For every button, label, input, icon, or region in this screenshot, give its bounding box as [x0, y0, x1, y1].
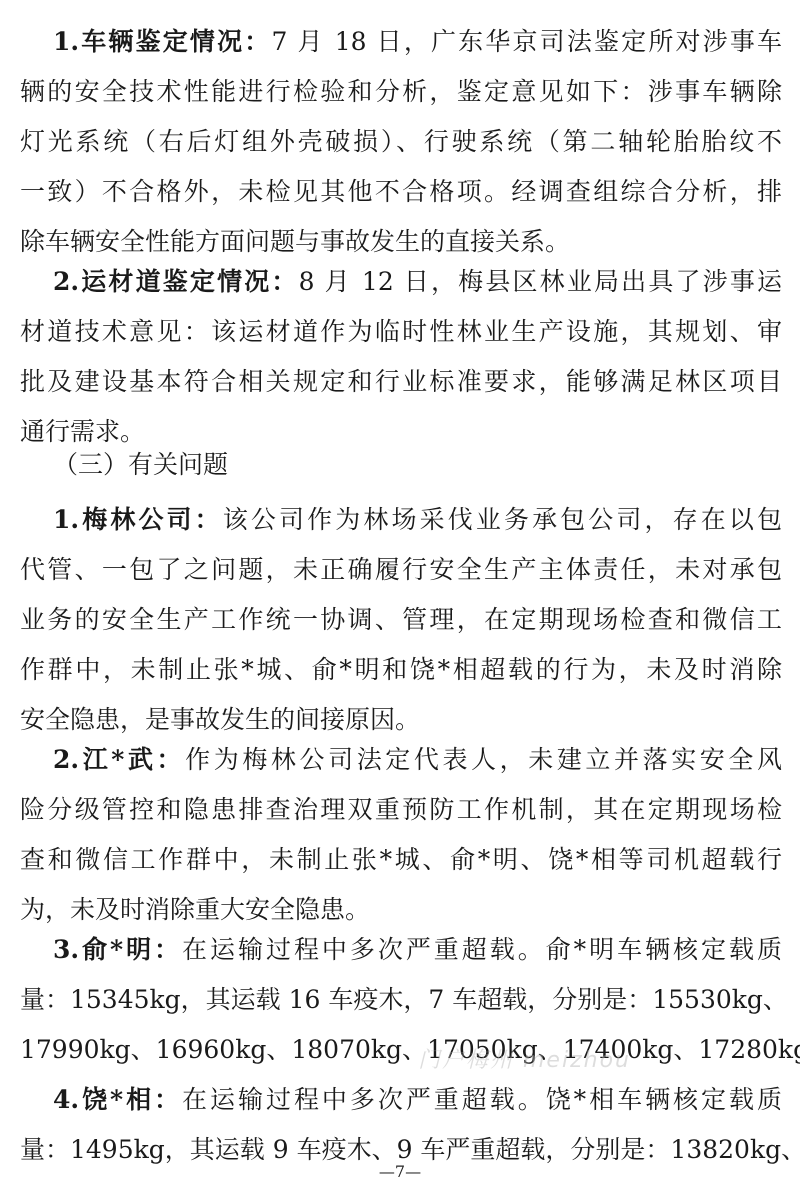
text-line: 1.梅林公司：该公司作为林场采伐业务承包公司，存在以包 — [53, 503, 782, 537]
item-heading: 1.梅林公司： — [53, 505, 223, 534]
text-line: 除车辆安全性能方面问题与事故发生的直接关系。 — [20, 225, 782, 259]
line-text: 业务的安全生产工作统一协调、管理，在定期现场检查和微信工 — [20, 605, 782, 634]
text-line: 批及建设基本符合相关规定和行业标准要求，能够满足林区项目 — [20, 365, 782, 399]
text-line: 一致）不合格外，未检见其他不合格项。经调查组综合分析，排 — [20, 175, 782, 209]
watermark: 门户梅州 meizhou — [418, 1043, 631, 1074]
text-line: 为，未及时消除重大安全隐患。 — [20, 893, 782, 927]
item-heading: 2.江*武： — [53, 745, 185, 774]
text-line: 代管、一包了之问题，未正确履行安全生产主体责任，未对承包 — [20, 553, 782, 587]
item-heading: 2.运材道鉴定情况： — [53, 267, 299, 296]
line-text: 在运输过程中多次严重超载。饶*相车辆核定载质 — [182, 1085, 782, 1114]
line-text: 17990kg、16960kg、18070kg、17050kg、17400kg、… — [20, 1035, 800, 1064]
line-text: 在运输过程中多次严重超载。俞*明车辆核定载质 — [182, 935, 782, 964]
line-text: 灯光系统（右后灯组外壳破损）、行驶系统（第二轴轮胎胎纹不 — [20, 127, 782, 156]
line-text: 代管、一包了之问题，未正确履行安全生产主体责任，未对承包 — [20, 555, 782, 584]
line-text: 除车辆安全性能方面问题与事故发生的直接关系。 — [20, 227, 570, 256]
line-text: 作为梅林公司法定代表人，未建立并落实安全风 — [185, 745, 782, 774]
page-number: —7— — [0, 1162, 800, 1182]
line-text: 材道技术意见：该运材道作为临时性林业生产设施，其规划、审 — [20, 317, 782, 346]
text-line: 17990kg、16960kg、18070kg、17050kg、17400kg、… — [20, 1033, 782, 1067]
item-heading: 4.饶*相： — [53, 1085, 182, 1114]
text-line: 材道技术意见：该运材道作为临时性林业生产设施，其规划、审 — [20, 315, 782, 349]
text-line: 作群中，未制止张*城、俞*明和饶*相超载的行为，未及时消除 — [20, 653, 782, 687]
line-text: 安全隐患，是事故发生的间接原因。 — [20, 705, 420, 734]
text-line: 4.饶*相：在运输过程中多次严重超载。饶*相车辆核定载质 — [53, 1083, 782, 1117]
text-line: 1.车辆鉴定情况：7 月 18 日，广东华京司法鉴定所对涉事车 — [53, 25, 782, 59]
line-text: 量：15345kg，其运载 16 车疫木，7 车超载，分别是：15530kg、 — [20, 985, 788, 1014]
line-text: 辆的安全技术性能进行检验和分析，鉴定意见如下：涉事车辆除 — [20, 77, 782, 106]
line-text: 查和微信工作群中，未制止张*城、俞*明、饶*相等司机超载行 — [20, 845, 782, 874]
text-line: 2.运材道鉴定情况：8 月 12 日，梅县区林业局出具了涉事运 — [53, 265, 782, 299]
line-text: 作群中，未制止张*城、俞*明和饶*相超载的行为，未及时消除 — [20, 655, 782, 684]
line-text: 险分级管控和隐患排查治理双重预防工作机制，其在定期现场检 — [20, 795, 782, 824]
line-text: 8 月 12 日，梅县区林业局出具了涉事运 — [299, 267, 782, 296]
line-text: 7 月 18 日，广东华京司法鉴定所对涉事车 — [271, 27, 782, 56]
line-text: 批及建设基本符合相关规定和行业标准要求，能够满足林区项目 — [20, 367, 782, 396]
document-page: 1.车辆鉴定情况：7 月 18 日，广东华京司法鉴定所对涉事车辆的安全技术性能进… — [0, 0, 800, 1199]
line-text: （三）有关问题 — [53, 450, 228, 479]
text-line: （三）有关问题 — [53, 448, 782, 482]
line-text: 通行需求。 — [20, 417, 145, 446]
text-line: 量：15345kg，其运载 16 车疫木，7 车超载，分别是：15530kg、 — [20, 983, 782, 1017]
text-line: 业务的安全生产工作统一协调、管理，在定期现场检查和微信工 — [20, 603, 782, 637]
line-text: 量：1495kg，其运载 9 车疫木、9 车严重超载，分别是：13820kg、 — [20, 1135, 800, 1164]
line-text: 为，未及时消除重大安全隐患。 — [20, 895, 370, 924]
item-heading: 1.车辆鉴定情况： — [53, 27, 271, 56]
line-text: 一致）不合格外，未检见其他不合格项。经调查组综合分析，排 — [20, 177, 782, 206]
text-line: 灯光系统（右后灯组外壳破损）、行驶系统（第二轴轮胎胎纹不 — [20, 125, 782, 159]
text-line: 安全隐患，是事故发生的间接原因。 — [20, 703, 782, 737]
text-line: 通行需求。 — [20, 415, 782, 449]
text-line: 3.俞*明：在运输过程中多次严重超载。俞*明车辆核定载质 — [53, 933, 782, 967]
text-line: 查和微信工作群中，未制止张*城、俞*明、饶*相等司机超载行 — [20, 843, 782, 877]
text-line: 险分级管控和隐患排查治理双重预防工作机制，其在定期现场检 — [20, 793, 782, 827]
item-heading: 3.俞*明： — [53, 935, 182, 964]
text-line: 辆的安全技术性能进行检验和分析，鉴定意见如下：涉事车辆除 — [20, 75, 782, 109]
text-line: 2.江*武：作为梅林公司法定代表人，未建立并落实安全风 — [53, 743, 782, 777]
line-text: 该公司作为林场采伐业务承包公司，存在以包 — [223, 505, 782, 534]
